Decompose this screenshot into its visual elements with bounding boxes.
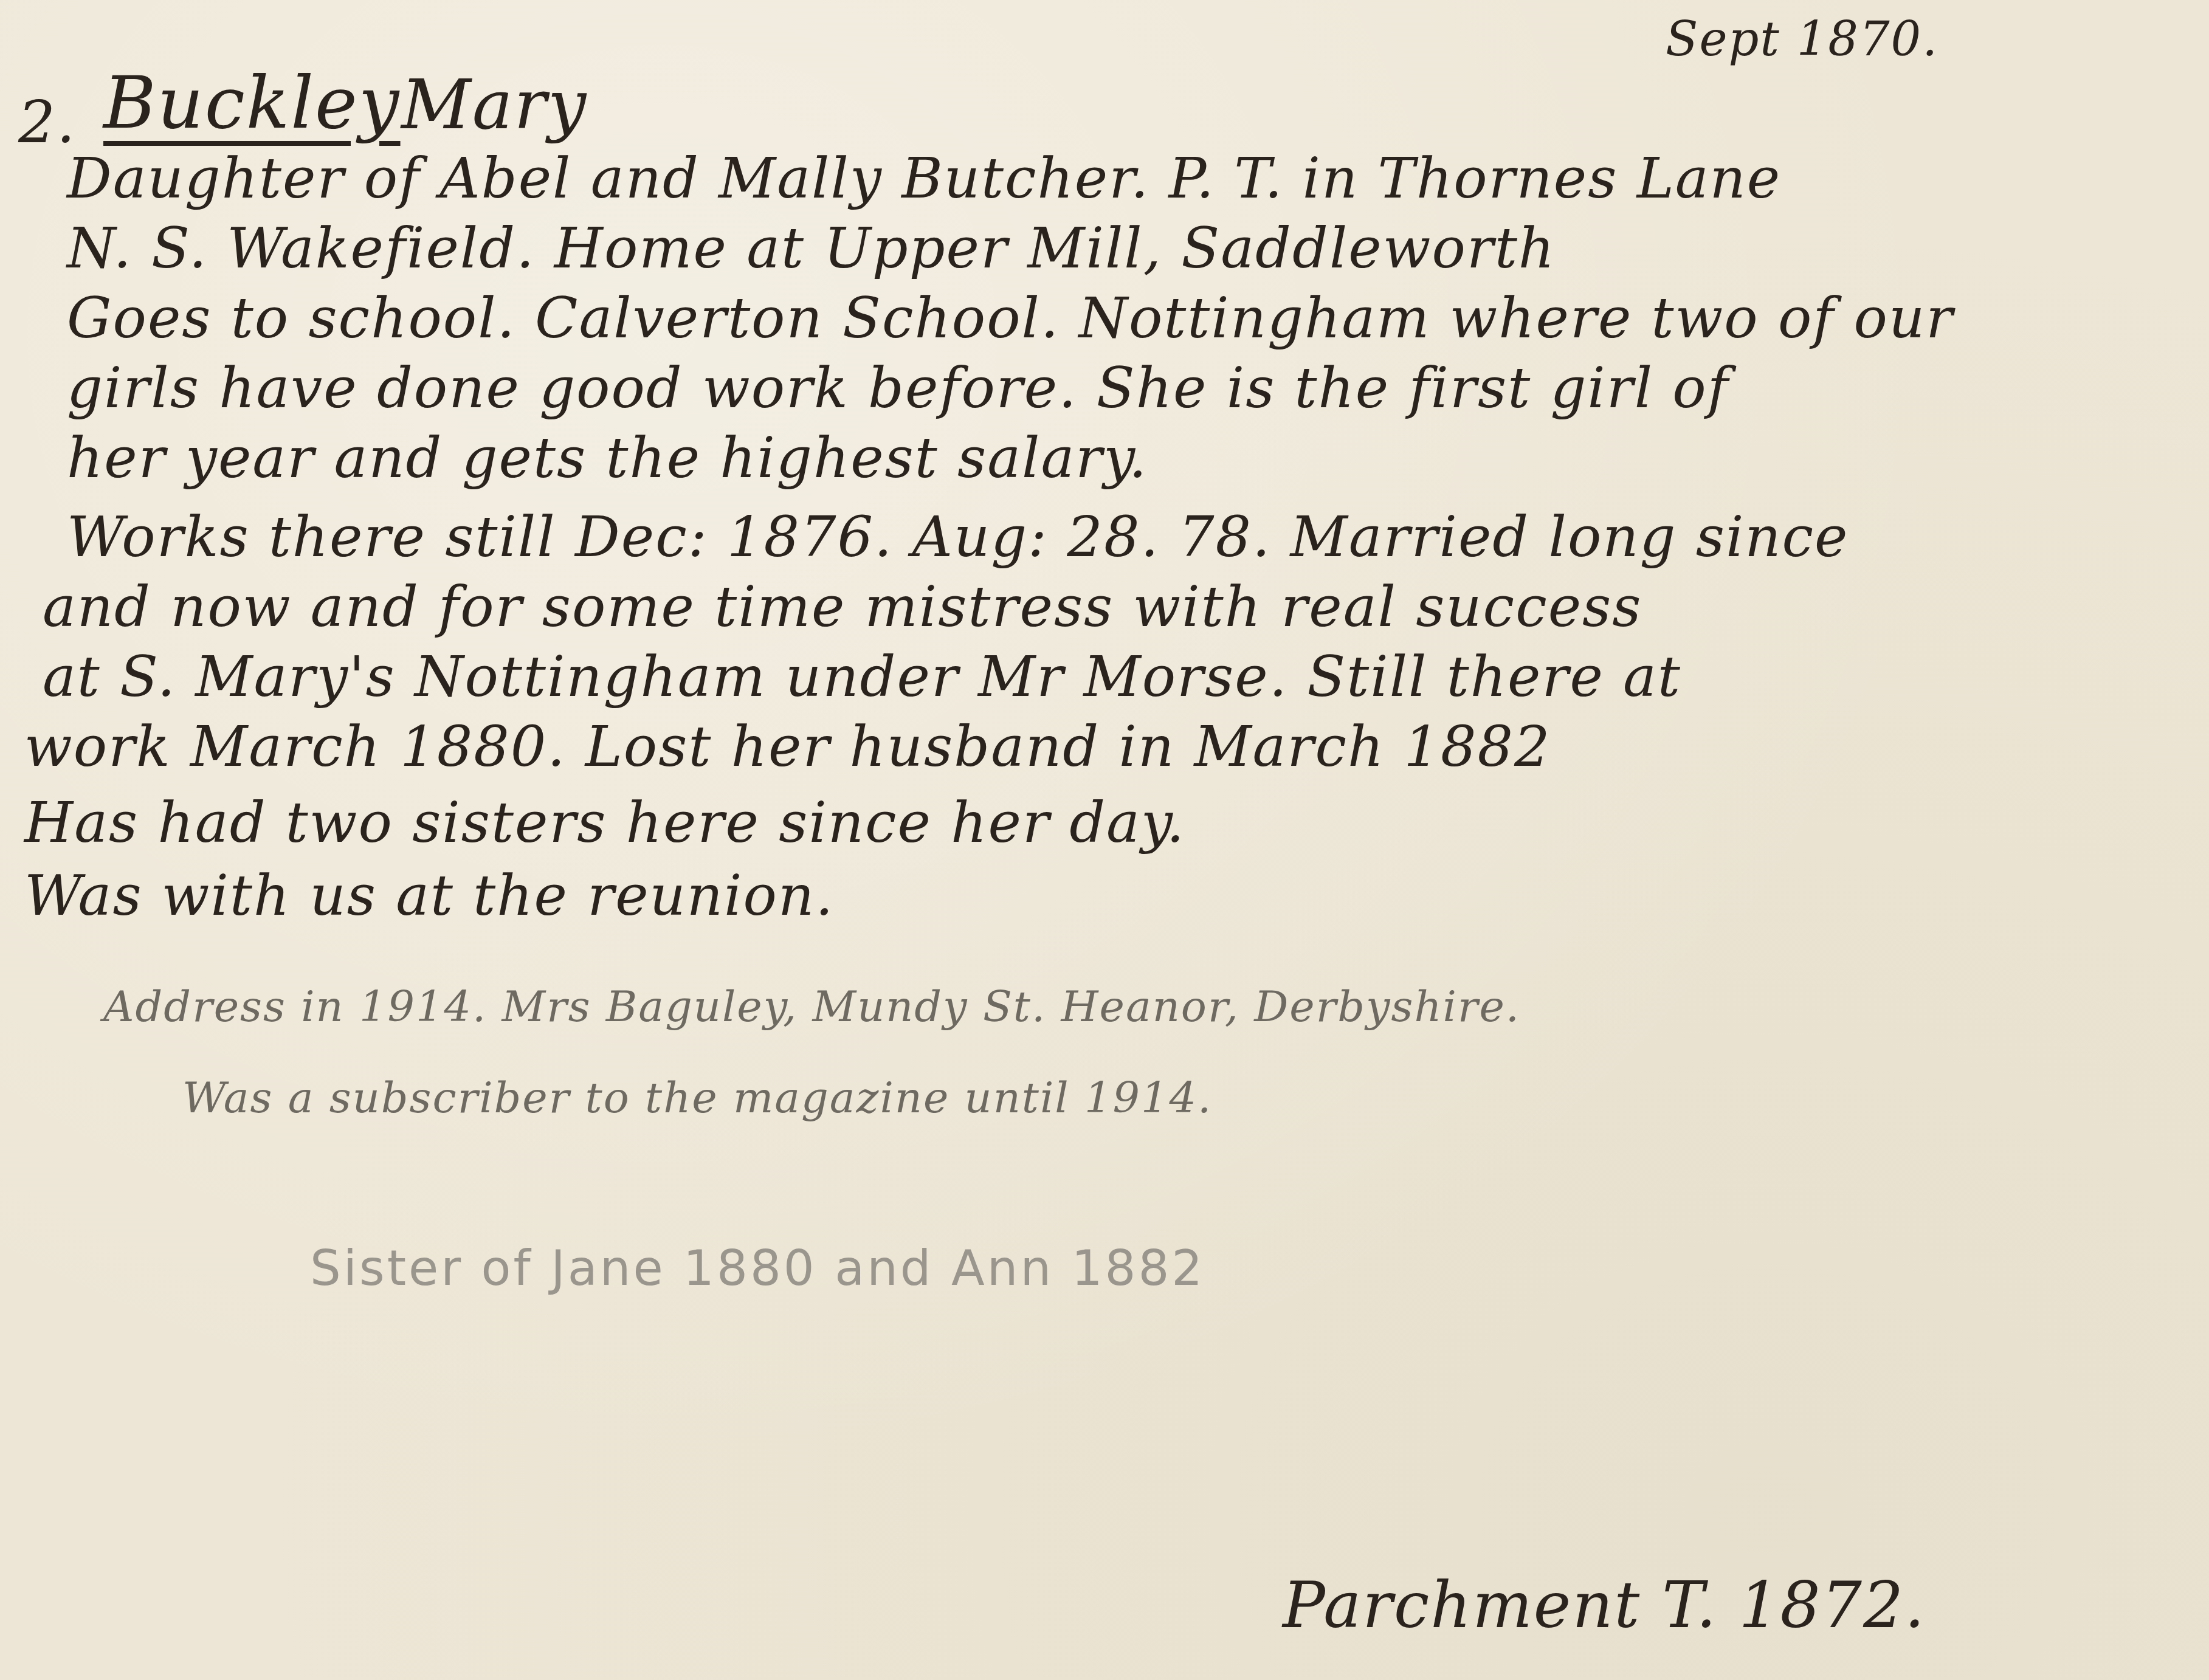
body-line: N. S. Wakefield. Home at Upper Mill, Sad… — [67, 216, 1556, 281]
address-1914-note: Address in 1914. Mrs Baguley, Mundy St. … — [103, 982, 1520, 1031]
body-line: her year and gets the highest salary. — [67, 425, 1148, 491]
subscriber-note: Was a subscriber to the magazine until 1… — [182, 1073, 1212, 1123]
body-line: Daughter of Abel and Mally Butcher. P. T… — [67, 146, 1781, 211]
parchment-certificate: Parchment T. 1872. — [1283, 1568, 1926, 1642]
body-line: Works there still Dec: 1876. Aug: 28. 78… — [67, 504, 1849, 570]
entry-surname: Buckley — [103, 61, 401, 145]
body-line: at S. Mary's Nottingham under Mr Morse. … — [43, 644, 1681, 709]
body-line: and now and for some time mistress with … — [43, 574, 1642, 639]
register-page: Sept 1870. 2. Buckley Mary Daughter of A… — [0, 0, 2209, 1680]
body-line: Has had two sisters here since her day. — [24, 790, 1185, 855]
entry-date: Sept 1870. — [1666, 12, 1938, 67]
entry-forename: Mary — [401, 66, 587, 145]
sister-pencil-note: Sister of Jane 1880 and Ann 1882 — [310, 1240, 1205, 1296]
body-line: Goes to school. Calverton School. Nottin… — [67, 286, 1954, 351]
body-line: girls have done good work before. She is… — [67, 356, 1729, 421]
body-line: Was with us at the reunion. — [24, 863, 834, 928]
body-line: work March 1880. Lost her husband in Mar… — [24, 714, 1551, 779]
